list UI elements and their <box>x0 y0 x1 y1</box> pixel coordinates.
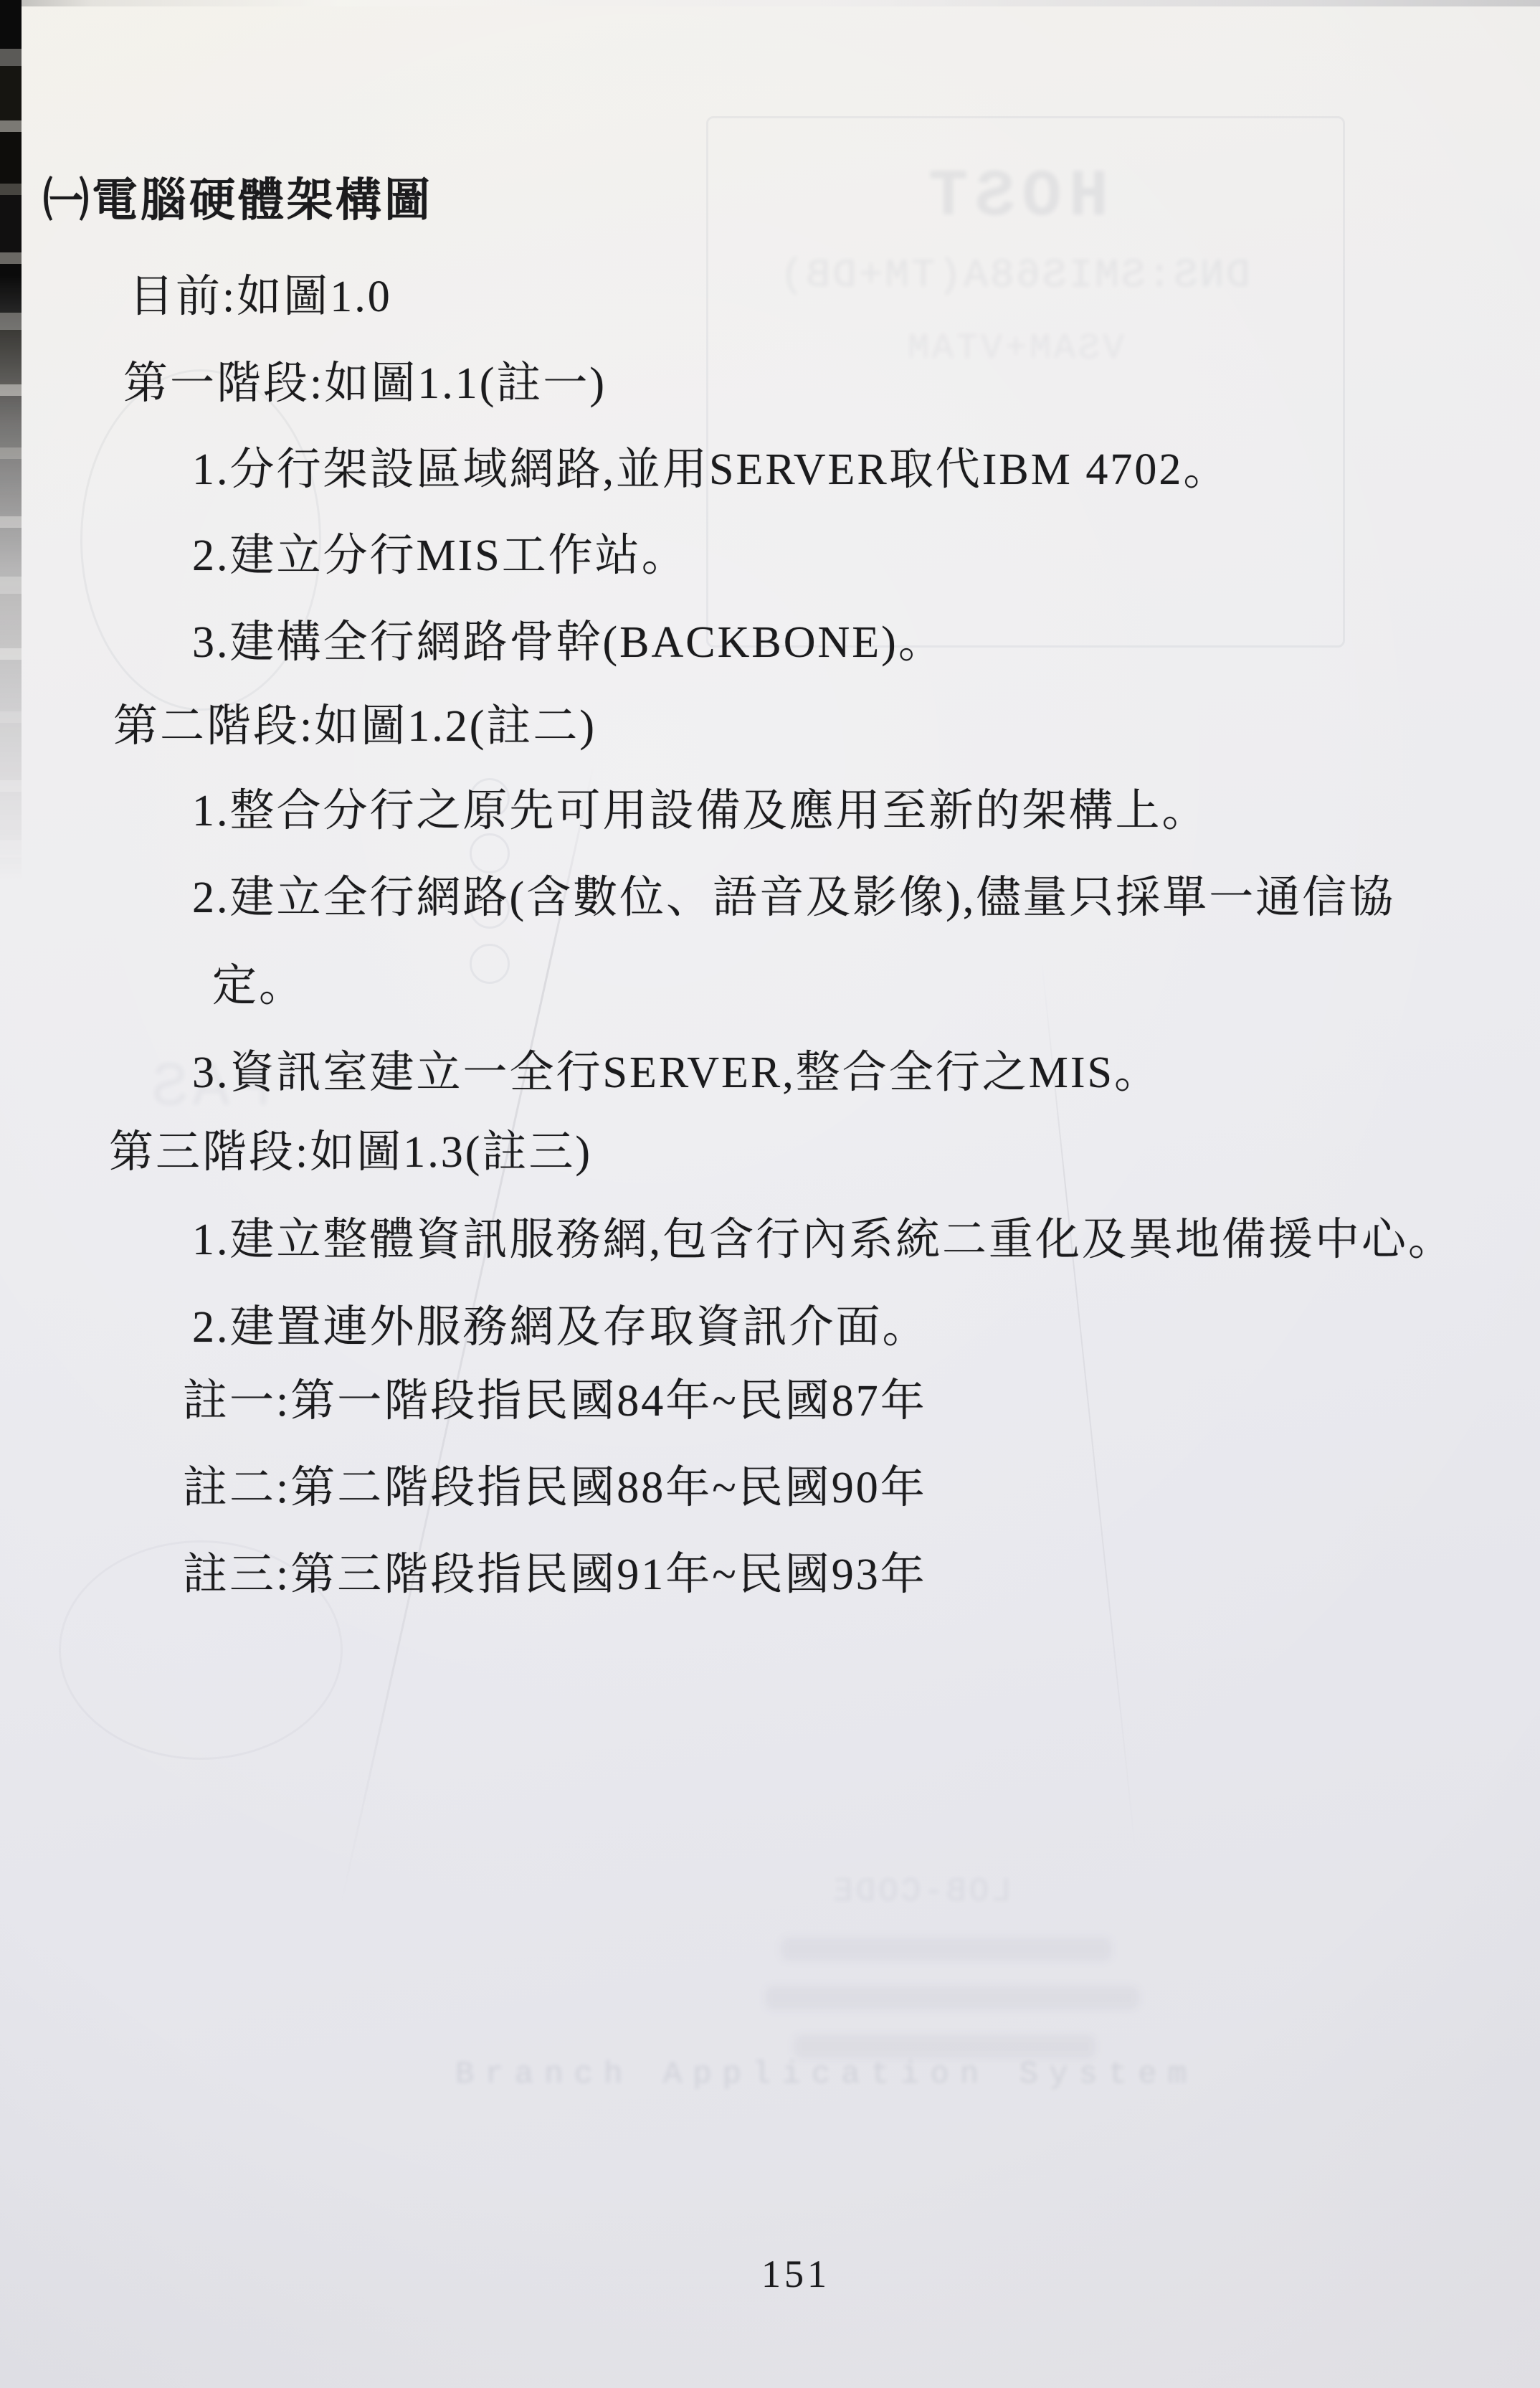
text-line-stage3-header: 第三階段:如圖1.3(註三) <box>109 1116 592 1180</box>
text-line-stage2-item2: 2.建立全行網路(含數位、語音及影像),儘量只採單一通信協 <box>192 861 1395 925</box>
ghost-diagram-circle <box>470 944 510 984</box>
text-line-note3: 註三:第三階段指民國91年~民國93年 <box>183 1538 927 1602</box>
text-line-current: 目前:如圖1.0 <box>129 260 392 324</box>
text-line-stage2-item1: 1.整合分行之原先可用設備及應用至新的架構上。 <box>192 774 1209 838</box>
ghost-text: DNS:SMIS68A(TM+DB) <box>778 252 1250 298</box>
ghost-smudge <box>781 1938 1111 1961</box>
page-number: 151 <box>761 2252 830 2296</box>
ghost-text: LOB-CODE <box>830 1873 1012 1910</box>
ghost-smudge <box>766 1986 1139 2009</box>
text-line-stage1-item3: 3.建構全行網路骨幹(BACKBONE)。 <box>192 606 945 670</box>
ghost-text: HOST <box>921 159 1108 234</box>
binding-edge-artifact <box>0 0 22 918</box>
section-heading: ㈠電腦硬體架構圖 <box>43 164 433 229</box>
scanned-document-page: HOST DNS:SMIS68A(TM+DB) VSAM+VTAM PAS LO… <box>0 0 1540 2388</box>
ghost-text: Branch Application System <box>455 2057 1197 2093</box>
text-line-stage2-header: 第二階段:如圖1.2(註二) <box>113 690 596 754</box>
text-line-stage3-item1: 1.建立整體資訊服務網,包含行內系統二重化及異地備援中心。 <box>192 1203 1455 1267</box>
text-line-note2: 註二:第二階段指民國88年~民國90年 <box>183 1451 927 1515</box>
text-line-stage1-item2: 2.建立分行MIS工作站。 <box>192 519 688 583</box>
scan-top-edge-artifact <box>0 0 1540 6</box>
text-line-stage1-item1: 1.分行架設區域網路,並用SERVER取代IBM 4702。 <box>192 433 1230 497</box>
text-line-note1: 註一:第一階段指民國84年~民國87年 <box>183 1365 927 1428</box>
text-line-stage3-item2: 2.建置連外服務網及存取資訊介面。 <box>192 1291 929 1355</box>
text-line-stage2-item2-wrap: 定。 <box>212 949 305 1013</box>
ghost-text: VSAM+VTAM <box>905 328 1124 369</box>
ghost-smudge <box>794 2035 1095 2058</box>
text-line-stage1-header: 第一階段:如圖1.1(註一) <box>123 347 607 411</box>
text-line-stage2-item3: 3.資訊室建立一全行SERVER,整合全行之MIS。 <box>192 1036 1161 1100</box>
